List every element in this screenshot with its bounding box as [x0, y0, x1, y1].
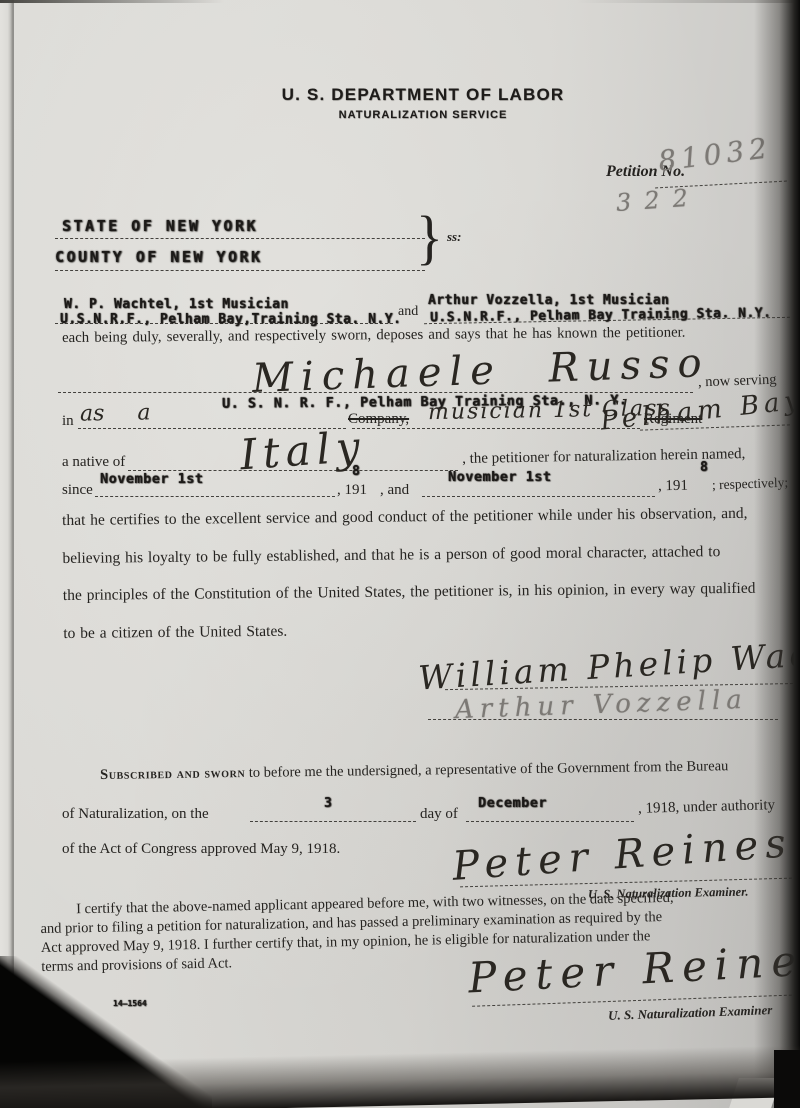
service-date-2: November 1st	[448, 469, 552, 485]
statement-paragraph: that he certifies to the excellent servi…	[62, 504, 796, 662]
department-title: U. S. DEPARTMENT OF LABOR	[0, 85, 800, 105]
witness-1-station: U.S.N.R.F., Pelham Bay,Training Sta. N.Y…	[60, 312, 401, 327]
since-label: since	[62, 482, 93, 499]
and-word: , and	[380, 482, 409, 499]
jurat-line-2-start: of Naturalization, on the	[62, 806, 209, 823]
in-word: in	[62, 413, 74, 430]
day-value: 3	[324, 796, 332, 811]
subscribed-sworn-lead: Subscribed and sworn	[100, 765, 245, 783]
since-dotted-line-2	[422, 496, 655, 497]
act-line: of the Act of Congress approved May 9, 1…	[62, 841, 340, 858]
witness-2-name: Arthur Vozzella, 1st Musician	[428, 293, 669, 308]
jurat-line-1-rest: to before me the undersigned, a represen…	[249, 758, 729, 781]
native-of-label: a native of	[62, 454, 125, 471]
country-handwritten: Italy	[238, 422, 367, 480]
scan-bottom-right-notch	[774, 1050, 800, 1108]
county-line: COUNTY OF NEW YORK	[55, 248, 263, 266]
witness-signature-2-line	[428, 719, 778, 720]
witness-2-station: U.S.N.R.F., Pelham Bay Training Sta. N.Y…	[430, 306, 772, 326]
docket-note: 322	[615, 183, 702, 217]
jurat-line-1: Subscribed and sworn to before me the un…	[100, 758, 728, 784]
scanned-naturalization-affidavit: { "colors":{"paper":"#d7d6d2","ink":"#25…	[0, 0, 800, 1108]
examiner-title-2: U. S. Naturalization Examiner	[608, 1002, 773, 1024]
witness-1-name: W. P. Wachtel, 1st Musician	[64, 297, 289, 312]
year-digit-2: 8	[700, 460, 708, 475]
state-dotted-line	[55, 238, 425, 239]
conjunction-and: and	[398, 304, 418, 320]
year-digit-1: 8	[352, 464, 360, 479]
year-stub-2: , 191	[658, 478, 688, 496]
day-of-label: day of	[420, 806, 458, 823]
as-a-handwritten: as a	[80, 400, 151, 426]
service-date-1: November 1st	[100, 471, 204, 487]
year-stub-1: , 191	[337, 482, 367, 499]
venue-brace: }	[416, 203, 443, 272]
county-dotted-line	[55, 270, 425, 271]
rank-dotted-line	[352, 428, 640, 429]
scan-top-shadow	[0, 0, 800, 3]
document-paper: U. S. DEPARTMENT OF LABOR NATURALIZATION…	[0, 0, 800, 1108]
state-line: STATE OF NEW YORK	[62, 217, 258, 235]
scan-right-shadow	[754, 0, 800, 1108]
service-subtitle: NATURALIZATION SERVICE	[0, 109, 800, 121]
day-dotted-line	[250, 821, 416, 822]
month-value: December	[478, 795, 547, 811]
month-dotted-line	[466, 821, 634, 822]
adjacent-page-sliver	[0, 0, 14, 1108]
ss-abbreviation: ss:	[447, 229, 461, 245]
since-dotted-line-1	[95, 496, 335, 497]
